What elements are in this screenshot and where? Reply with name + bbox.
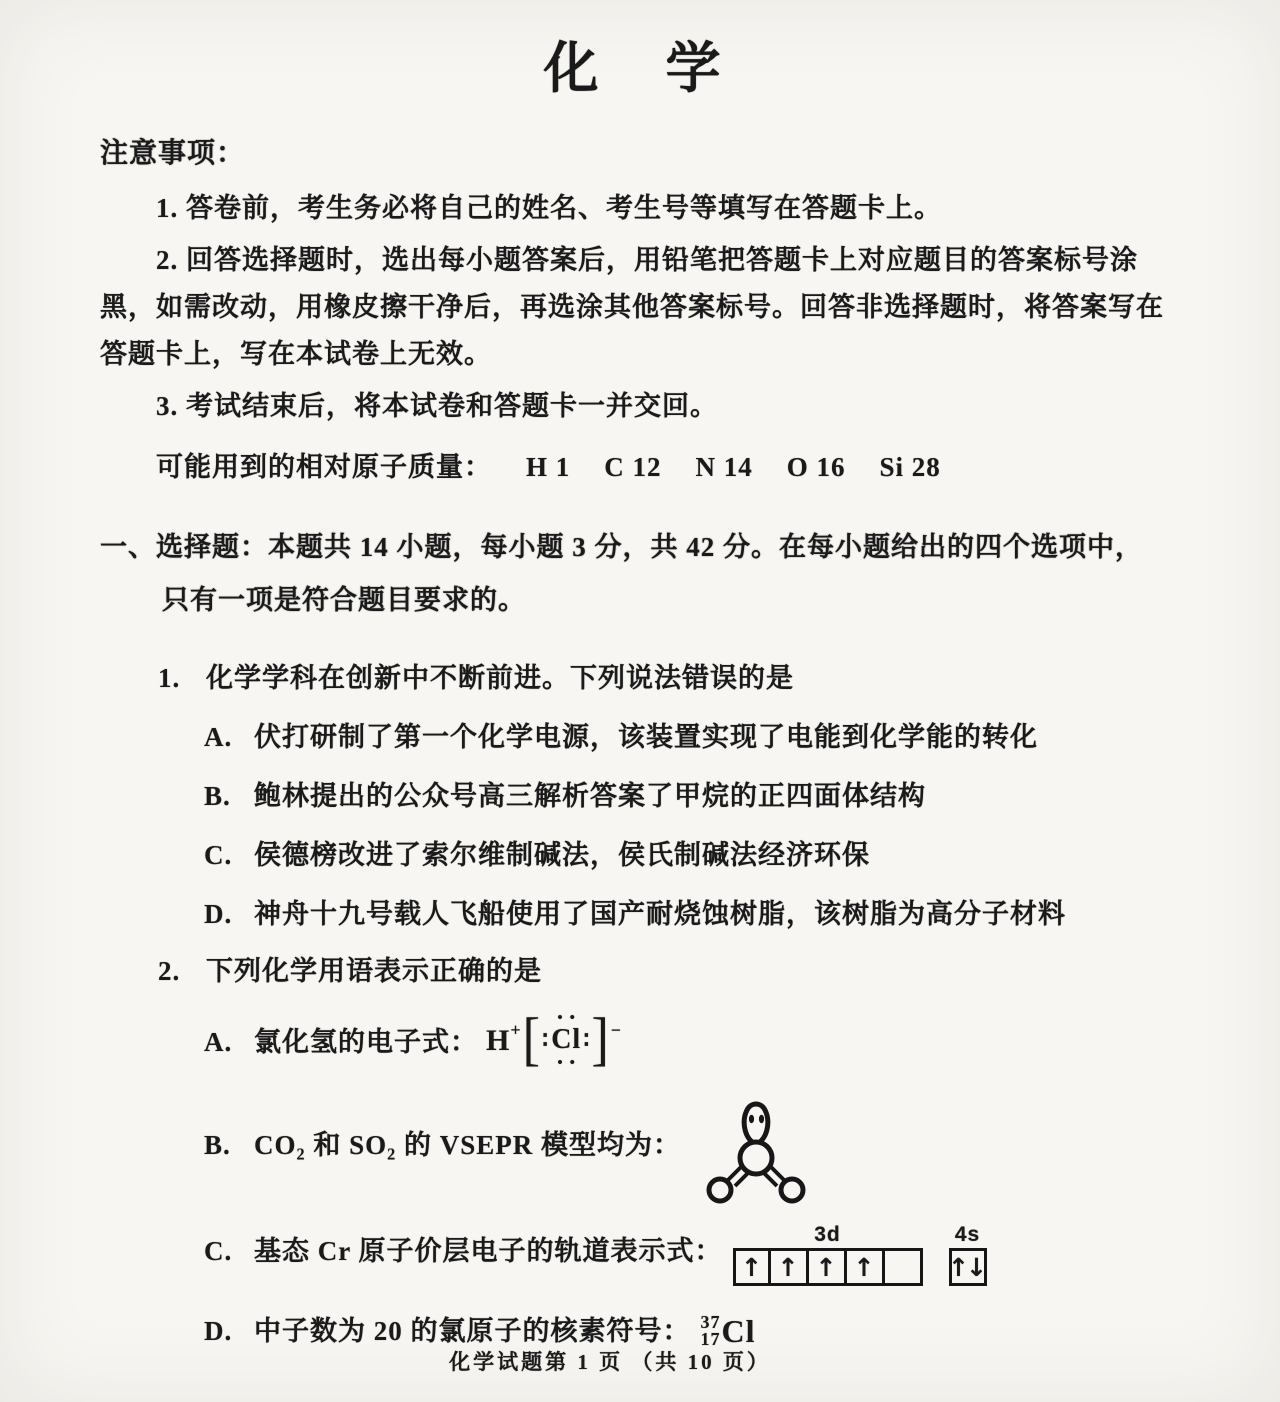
lone-pair-dots-top (550, 1011, 582, 1025)
lewis-anion-charge: − (611, 1007, 622, 1054)
nuclide-symbol: 37 17 Cl (701, 1314, 756, 1348)
atomic-mass-entry: O 16 (787, 452, 846, 482)
page-title: 化 学 (100, 24, 1170, 103)
option-d-label: D. (204, 891, 254, 938)
orbital-box: ↑ (771, 1248, 809, 1286)
page-content: 化 学 注意事项： 1. 答卷前，考生务必将自己的姓名、考生号等填写在答题卡上。… (100, 0, 1170, 1361)
option-c-label: C. (204, 1228, 254, 1275)
option-a: A. 伏打研制了第一个化学电源，该装置实现了电能到化学能的转化 (204, 714, 1170, 761)
option-d: D. 神舟十九号载人飞船使用了国产耐烧蚀树脂，该树脂为高分子材料 (204, 891, 1170, 938)
question-1-number: 1. (158, 655, 206, 702)
lewis-cation: H (486, 1017, 510, 1064)
option-c-text: 侯德榜改进了索尔维制碱法，侯氏制碱法经济环保 (254, 832, 870, 879)
orbital-box: ↑ (733, 1248, 771, 1286)
orbital-box (885, 1248, 923, 1286)
atomic-mass-entry: C 12 (604, 452, 661, 482)
lewis-cation-charge: + (510, 1007, 521, 1054)
option-a-label: A. (204, 714, 254, 761)
atomic-masses-label: 可能用到的相对原子质量： (156, 452, 492, 482)
section-1-heading: 一、选择题：本题共 14 小题，每小题 3 分，共 42 分。在每小题给出的四个… (100, 521, 1170, 627)
lewis-element: Cl (551, 1025, 581, 1055)
question-2-stem: 2. 下列化学用语表示正确的是 (158, 948, 1170, 995)
terminal-atom-left (709, 1179, 731, 1201)
question-2-number: 2. (158, 948, 206, 995)
option-a-text: 伏打研制了第一个化学电源，该装置实现了电能到化学能的转化 (254, 714, 1038, 761)
question-1-text: 化学学科在创新中不断前进。下列说法错误的是 (206, 655, 794, 702)
lone-pair-dots-left (542, 1025, 549, 1056)
page-footer: 化学试题第 1 页 （共 10 页） (0, 1346, 1220, 1376)
option-a-text: 氯化氢的电子式： (254, 1019, 478, 1066)
lewis-core: Cl (542, 1011, 591, 1070)
orbital-diagram: 3d ↑ ↑ ↑ ↑ 4s (733, 1224, 987, 1286)
option-b: B. CO₂ 和 SO₂ 的 VSEPR 模型均为： (204, 1089, 1170, 1201)
option-a-label: A. (204, 1019, 254, 1066)
lewis-structure-hcl: H+[Cl]− (486, 1011, 622, 1070)
option-b-label: B. (204, 773, 254, 820)
lone-pair-lobe (744, 1104, 768, 1144)
question-1-options: A. 伏打研制了第一个化学电源，该装置实现了电能到化学能的转化 B. 鲍林提出的… (204, 714, 1170, 938)
atomic-mass-entry: H 1 (526, 452, 570, 482)
orbital-group-4s: 4s ↑↓ (949, 1224, 987, 1286)
option-b: B. 鲍林提出的公众号高三解析答案了甲烷的正四面体结构 (204, 773, 1170, 820)
exam-paper-page: 化 学 注意事项： 1. 答卷前，考生务必将自己的姓名、考生号等填写在答题卡上。… (0, 0, 1280, 1402)
notice-heading: 注意事项： (100, 137, 1170, 171)
option-c-label: C. (204, 832, 254, 879)
question-2-text: 下列化学用语表示正确的是 (206, 948, 542, 995)
orbital-group-3d: 3d ↑ ↑ ↑ ↑ (733, 1224, 923, 1286)
lone-pair-dots-right (583, 1025, 590, 1056)
option-b-text: CO₂ 和 SO₂ 的 VSEPR 模型均为： (254, 1122, 681, 1169)
option-d-text: 神舟十九号载人飞船使用了国产耐烧蚀树脂，该树脂为高分子材料 (254, 891, 1066, 938)
orbital-box: ↑ (809, 1248, 847, 1286)
nuclide-element-symbol: Cl (722, 1314, 756, 1348)
orbital-box: ↑ (847, 1248, 885, 1286)
lone-pair-dots-bottom (550, 1056, 582, 1070)
option-c-text: 基态 Cr 原子价层电子的轨道表示式： (254, 1228, 723, 1275)
lewis-left-bracket: [ (523, 1010, 541, 1070)
option-c: C. 基态 Cr 原子价层电子的轨道表示式： 3d ↑ ↑ ↑ ↑ (204, 1209, 1170, 1293)
atomic-mass-entry: N 14 (696, 452, 753, 482)
notice-item-3: 3. 考试结束后，将本试卷和答题卡一并交回。 (100, 383, 1170, 430)
option-a: A. 氯化氢的电子式： H+[Cl]− (204, 1003, 1170, 1081)
option-c: C. 侯德榜改进了索尔维制碱法，侯氏制碱法经济环保 (204, 832, 1170, 879)
atomic-mass-entry: Si 28 (880, 452, 941, 482)
central-atom (740, 1142, 772, 1174)
lewis-right-bracket: ] (591, 1010, 609, 1070)
question-1: 1. 化学学科在创新中不断前进。下列说法错误的是 A. 伏打研制了第一个化学电源… (158, 655, 1170, 938)
vsepr-model-icon (695, 1098, 817, 1204)
terminal-atom-right (781, 1179, 803, 1201)
notice-item-1: 1. 答卷前，考生务必将自己的姓名、考生号等填写在答题卡上。 (100, 185, 1170, 232)
question-1-stem: 1. 化学学科在创新中不断前进。下列说法错误的是 (158, 655, 1170, 702)
notice-item-2: 2. 回答选择题时，选出每小题答案后，用铅笔把答题卡上对应题目的答案标号涂黑，如… (100, 237, 1170, 378)
question-2: 2. 下列化学用语表示正确的是 A. 氯化氢的电子式： H+[Cl]− B. C… (158, 948, 1170, 1361)
option-b-label: B. (204, 1122, 254, 1169)
option-b-text: 鲍林提出的公众号高三解析答案了甲烷的正四面体结构 (254, 773, 926, 820)
question-2-options: A. 氯化氢的电子式： H+[Cl]− B. CO₂ 和 SO₂ 的 VSEPR… (204, 1003, 1170, 1361)
atomic-masses-line: 可能用到的相对原子质量：H 1C 12N 14O 16Si 28 (100, 444, 1170, 491)
orbital-box: ↑↓ (949, 1248, 987, 1286)
